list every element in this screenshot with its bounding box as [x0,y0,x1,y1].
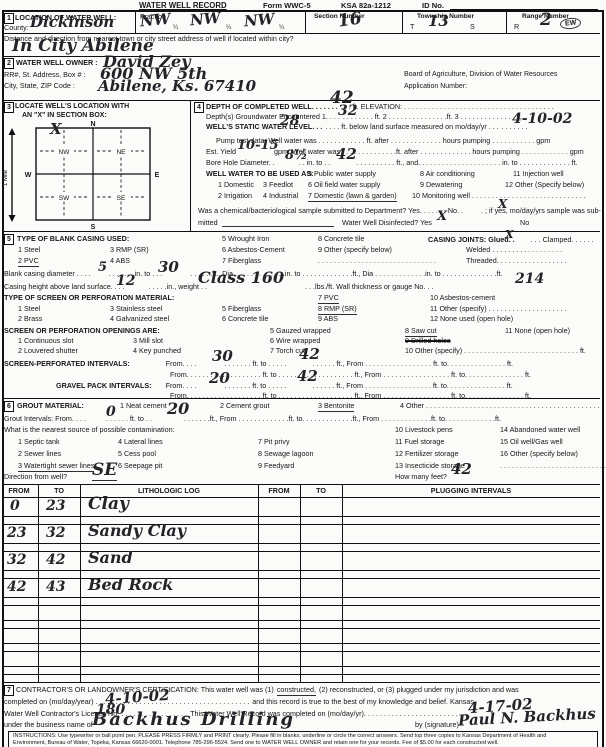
section-5-number: 5 [4,234,14,245]
use-domestic: 1 Domestic [218,181,254,189]
wall-thickness-label: . . .lbs./ft. Wall thickness or gauge No… [305,282,433,291]
se-quadrant-label: SE [117,195,126,202]
disinfected-no-label: No [520,219,529,227]
id-number-label: ID No. [422,2,444,11]
litho-row-log: Bed Rock [88,577,173,593]
opening-louvered: 2 Louvered shutter [18,347,78,355]
grout-bentonite-selected: 3 Bentonite [318,402,354,412]
sample-mitted-word: mitted [198,219,218,227]
certification-text-2: (2) reconstructed, or (3) plugged under … [319,685,519,694]
litho-row-log: Sandy Clay [88,523,186,539]
gravel-pack-to-value: 42 [297,369,318,384]
casing-depth-value: 30 [158,260,179,275]
casing-asbestos-cement: 6 Asbestos-Cement [222,246,285,254]
bore-hole-label: Bore Hole Diameter. . [206,158,275,167]
screen-none-used: 12 None used (open hole) [430,315,513,323]
col-from-header: FROM [0,487,38,495]
county-value: Dickinson [30,15,114,30]
nw-quadrant-label: NW [59,149,71,156]
casing-height-label: Casing height above land surface. . . . [4,282,125,291]
township-t: T [410,23,414,31]
bore-depth-value: 42 [336,147,357,162]
dotted-leader: From. . . . [166,381,197,390]
screen-brass: 2 Brass [18,315,42,323]
constructed-selected: constructed, [277,685,316,696]
screen-interval-from-value: 30 [212,349,233,364]
section-4-number: 4 [194,102,204,113]
disinfected-yes-x-mark: X [437,210,447,223]
sample-question: Was a chemical/bacteriological sample su… [198,206,463,215]
address-label: RR#, St. Address, Box # : [4,71,86,79]
south-label: S [91,224,96,231]
screen-steel: 1 Steel [18,305,40,313]
casing-rmp: 3 RMP (SR) [110,246,149,254]
how-many-feet-label: How many feet? [395,473,447,481]
opening-key-punched: 4 Key punched [133,347,181,355]
casing-diameter-value: 5 [98,261,107,274]
direction-from-well-label: Direction from well? [4,473,67,481]
quarter-symbol: ¼ [173,24,178,31]
use-other: 12 Other (Specify below) [505,181,584,189]
glued-x-mark: X [505,229,514,240]
use-oilfield-supply: 6 Oil field water supply [308,181,380,189]
litho-row-log: Sand [88,550,133,566]
dotted-leader: . . . . . . ft., From . . . . . . . . . … [312,359,513,368]
opening-none: 11 None (open hole) [505,327,570,335]
groundwater-depth-value: 32 [338,104,357,118]
screen-pvc-selected: 7 PVC [318,294,339,304]
contam-lateral: 4 Lateral lines [118,438,163,446]
quarter-symbol: ¼ [279,24,284,31]
screen-concrete-tile: 6 Concrete tile [222,315,268,323]
gravel-pack-label: GRAVEL PACK INTERVALS: [56,381,152,390]
range-value: 2 [540,12,552,29]
grout-cement-grout: 2 Cement grout [220,402,270,410]
grout-from-value: 0 [106,405,116,419]
litho-row-from: 0 [10,499,20,513]
board-of-agriculture-label: Board of Agriculture, Division of Water … [404,71,557,79]
gauge-number-value: 214 [515,272,544,286]
contam-pit-privy: 7 Pit privy [258,438,290,446]
north-label: N [90,121,95,128]
litho-row-from: 23 [7,526,26,540]
dotted-leader: . . . . . . ft., From . . . . . . . . . … [312,381,513,390]
screen-fiberglass: 5 Fiberglass [222,305,261,313]
instructions-line-2: Environment, Bureau of Water, Topeka, Ka… [13,740,593,746]
est-yield-label: Est. Yield [206,147,236,156]
quarter-symbol: ¼ [226,24,231,31]
depth-completed-label: DEPTH OF COMPLETED WELL. . . . . . . [206,102,338,111]
yield-dots: gpm: Well water was . . . . . . . . . . … [274,147,584,156]
casing-height-value: 12 [116,274,135,288]
grout-intervals-label: Grout Intervals: From. . . . [4,414,86,423]
east-label: E [155,172,160,179]
screen-stainless: 3 Stainless steel [110,305,162,313]
opening-gauzed: 5 Gauzed wrapped [270,327,331,335]
section-6-number: 6 [4,401,14,412]
threaded-label: Threaded. . . . . . . . . . . . . . . . … [466,257,567,265]
city-label: City, State, ZIP Code : [4,82,75,90]
application-number-label: Application Number: [404,83,467,91]
casing-wrought-iron: 5 Wrought Iron [222,235,269,243]
county-label: County: [4,24,29,32]
col-to-header: TO [38,487,80,495]
col-from2-header: FROM [258,487,300,495]
business-name-value: Backhus Drilling [92,711,295,729]
static-water-level-value: 28 [280,114,299,128]
litho-row-to: 23 [46,499,65,513]
casing-other: 9 Other (specify below) [318,246,392,254]
contam-other: 16 Other (specify below) [500,450,578,458]
certification-text-3: and this record is true to the best of m… [252,697,474,706]
contam-fertilizer: 12 Fertilizer storage [395,450,459,458]
township-value: 13 [428,14,449,29]
signature-label: by (signature) [415,721,459,729]
dotted-leader: . . . . . . . . . . ft., and. . . . . . … [356,158,577,167]
dotted-leader: . . . . . . . . . . . . . . . . . . . . … [318,257,436,265]
casing-weight-value: Class 160 [198,270,284,286]
gravel-pack-from-value: 20 [209,371,230,386]
opening-other: 10 Other (specify) . . . . . . . . . . .… [405,347,586,355]
fraction-3-value: NW [243,12,275,30]
disinfected-label: Water Well Disinfected? Yes [342,219,432,227]
township-s: S [470,23,475,31]
screen-material-title: TYPE OF SCREEN OR PERFORATION MATERIAL: [4,294,174,302]
clamped-label: . . . Clamped. . . . . . [531,235,594,244]
use-feedlot: 3 Feedlot [263,181,293,189]
screen-interval-to-value: 42 [299,347,320,362]
litho-row-to: 42 [46,553,65,567]
fraction-1-value: NW [139,12,171,30]
elevation-label: . . . ft. ELEVATION: . . . . . . . . . .… [341,102,554,111]
litho-row-to: 32 [46,526,65,540]
static-water-level-label: WELL'S STATIC WATER LEVEL. . . [206,122,322,131]
contam-feedyard: 9 Feedyard [258,462,294,470]
contamination-label: What is the nearest source of possible c… [4,426,175,434]
section-3-number: 3 [4,102,14,113]
casing-abs: 4 ABS [110,257,130,265]
bore-diameter-value: 8½ [285,149,308,162]
section-2-number: 2 [4,58,14,69]
instructions-line-1: INSTRUCTIONS: Use typewriter or ball poi… [13,733,593,739]
casing-joints-label: CASING JOINTS: Glued. . [428,235,515,244]
use-irrigation: 2 Irrigation [218,192,252,200]
contam-cess-pool: 5 Cess pool [118,450,156,458]
grout-neat-cement: 1 Neat cement [120,402,167,410]
section-7-number: 7 [4,685,14,696]
direction-value: SE [92,462,117,481]
section-box-diagram: 1 Mile N S W E NW NE SW SE [0,118,190,232]
litho-row-from: 42 [7,580,26,594]
casing-pvc-selected: 2 PVC [18,257,39,267]
blank-casing-title: TYPE OF BLANK CASING USED: [17,235,129,243]
screen-other: 11 Other (specify) . . . . . . . . . . .… [430,305,566,313]
casing-fiberglass: 7 Fiberglass [222,257,261,265]
contam-abandoned-well: 14 Abandoned water well [500,426,580,434]
use-public-supply: 5 Public water supply [308,170,376,178]
casing-steel: 1 Steel [18,246,40,254]
litho-row-from: 32 [7,553,26,567]
col-to2-header: TO [300,487,342,495]
litho-row-log: Clay [88,496,129,513]
contam-sewage-lagoon: 8 Sewage lagoon [258,450,314,458]
contam-oil-gas-well: 15 Oil well/Gas well [500,438,563,446]
ne-quadrant-label: NE [116,149,126,156]
litho-row-to: 43 [46,580,65,594]
instructions-box: INSTRUCTIONS: Use typewriter or ball poi… [8,731,598,747]
screen-galvanized: 4 Galvanized steel [110,315,169,323]
section-number-value: 16 [337,10,363,30]
use-injection-well: 11 Injection well [513,170,564,178]
owner-city-value: Abilene, Ks. 67410 [98,79,256,94]
grout-other: 4 Other . . . . . . . . . . . . . . . . … [400,402,604,410]
fraction-2-value: NW [189,11,221,29]
contam-seepage-pit: 6 Seepage pit [118,462,162,470]
blank-casing-diameter-label: Blank casing diameter . . . . [4,269,91,278]
owner-title: WATER WELL OWNER : [16,59,98,67]
static-level-dots: . . . . ft. below land surface measured … [325,122,498,131]
id-number-line [450,9,598,11]
screen-intervals-label: SCREEN-PERFORATED INTERVALS: [4,359,130,368]
water-well-record-form: { "header":{"title":"WATER WELL RECORD",… [0,0,606,747]
screen-asbestos-cement: 10 Asbestos-cement [430,294,495,302]
use-dewatering: 9 Dewatering [420,181,462,189]
contam-livestock: 10 Livestock pens [395,426,453,434]
opening-mill-slot: 3 Mill slot [133,337,163,345]
use-air-conditioning: 8 Air conditioning [420,170,475,178]
dotted-leader: . . . . . . . . . . . . . . . . . . . . … [500,462,606,470]
openings-title: SCREEN OR PERFORATION OPENINGS ARE: [4,327,160,335]
business-name-label: under the business name of [4,721,93,729]
contam-watertight-sewer-selected: 3 Watertight sewer lines [18,462,94,472]
groundwater-dots: . . . . . . . . ft. 2 . . . . . . . . . … [343,112,523,121]
screen-abs: 9 ABS [318,315,338,323]
grout-to-value: 20 [167,401,189,417]
sw-quadrant-label: SW [59,195,70,202]
west-label: W [25,172,32,179]
use-domestic-lawn-garden-selected: 7 Domestic (lawn & garden) [308,192,397,202]
dotted-leader: . . . . . . .ft., From . . . . . . . . .… [184,414,501,423]
dotted-leader: . . . . . . . ft. to . . . . . [224,381,286,390]
range-r: R [514,23,519,31]
locate-title-1: LOCATE WELL'S LOCATION WITH [15,103,129,111]
contam-sewer: 2 Sewer lines [18,450,61,458]
feet-value: 42 [451,462,472,477]
opening-continuous-slot: 1 Continuous slot [18,337,74,345]
use-industrial: 4 Industrial [263,192,298,200]
use-label: WELL WATER TO BE USED AS: [206,170,314,178]
col-plugging-header: PLUGGING INTERVALS [342,487,600,495]
casing-concrete-tile: 8 Concrete tile [318,235,364,243]
sample-no-x-mark: X [498,198,507,210]
welded-label: Welded . . . . . . . . . . . . . . . . .… [466,246,562,254]
grout-title: GROUT MATERIAL: [17,402,84,410]
section-box-x-mark: X [50,122,62,137]
contam-septic: 1 Septic tank [18,438,60,446]
contam-fuel: 11 Fuel storage [395,438,444,446]
opening-drilled-holes-struck: 9 Drilled holes [405,337,451,345]
est-yield-value: 10-15 [237,139,279,152]
groundwater-label: Depth(s) Groundwater Encountered 1. . . … [206,112,340,121]
dotted-leader: From. . . . [166,359,197,368]
dotted-leader: . . . . . . . ft. to . . . . . [225,359,287,368]
one-mile-label: 1 Mile [3,169,9,186]
measured-date-value: 4-10-02 [512,112,572,126]
